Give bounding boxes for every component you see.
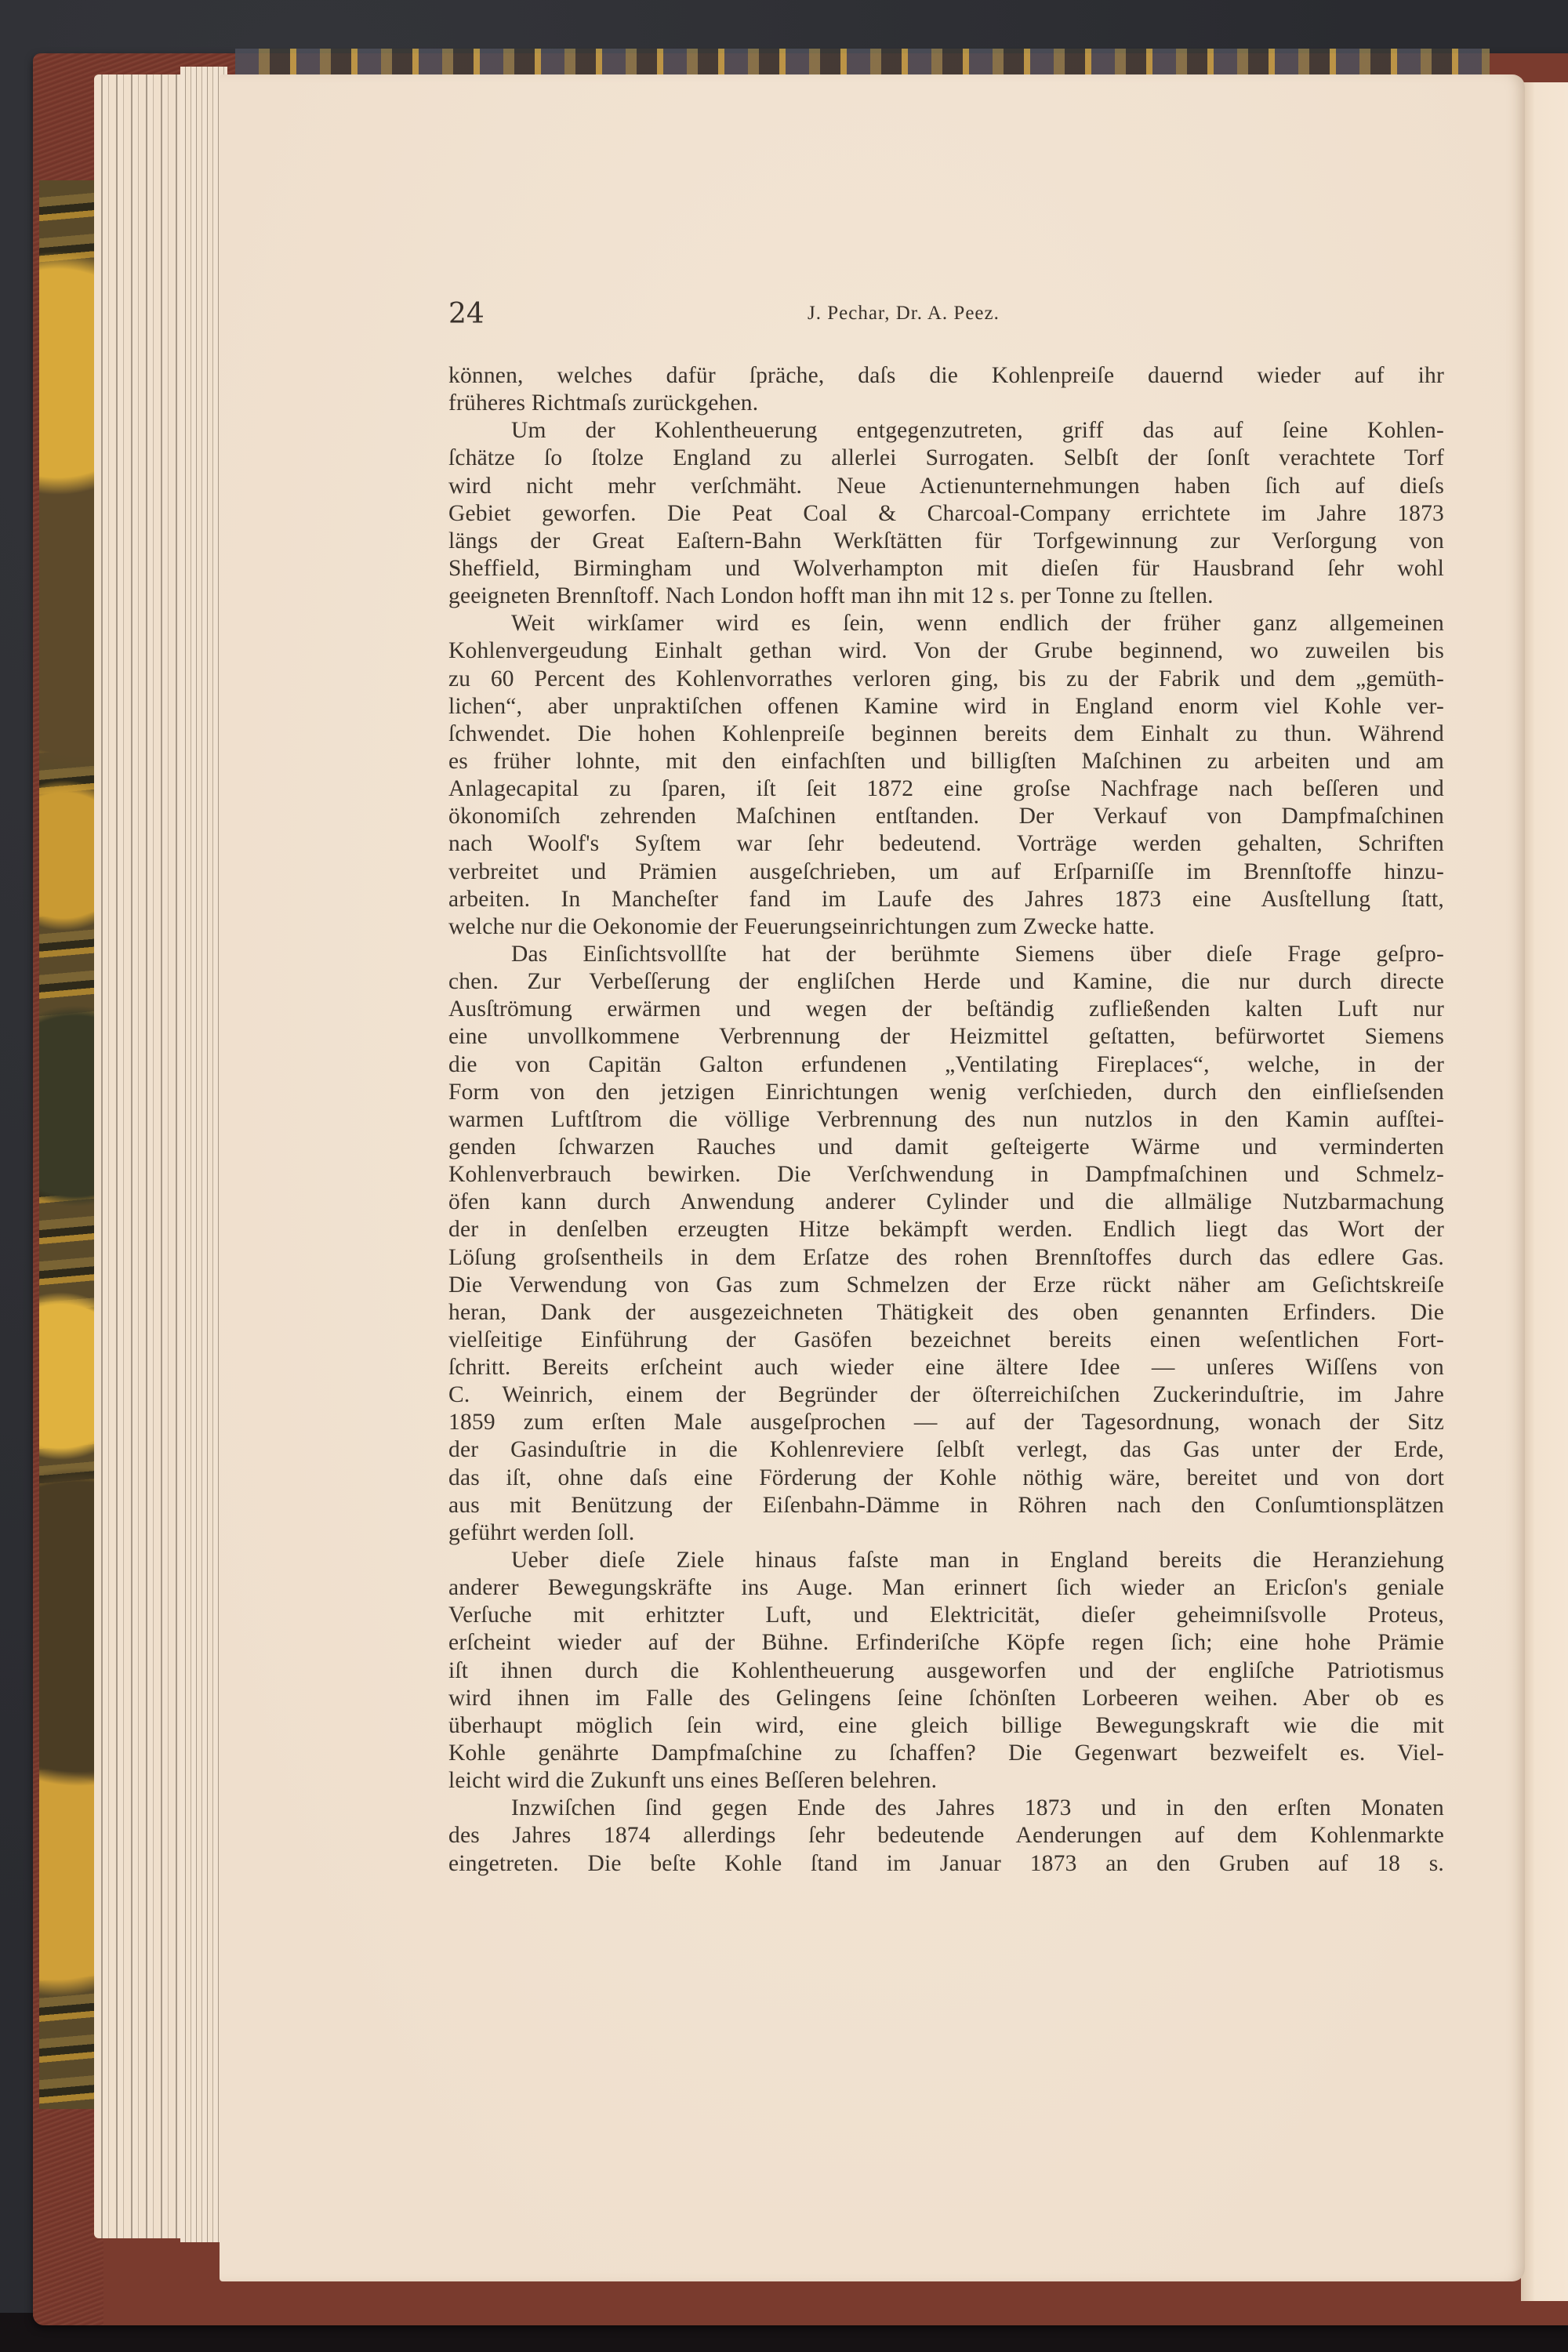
text-line: eingetreten. Die beſte Kohle ſtand im Ja…	[448, 1850, 1444, 1878]
body-text: können, welches dafür ſpräche, daſs die …	[448, 362, 1444, 1878]
text-line: Anlagecapital zu ſparen, iſt ſeit 1872 e…	[448, 775, 1444, 803]
text-line: nach Woolf's Syſtem war ſehr bedeutend. …	[448, 830, 1444, 858]
text-line: Kohlenverbrauch bewirken. Die Verſchwend…	[448, 1161, 1444, 1189]
text-line: arbeiten. In Mancheſter fand im Laufe de…	[448, 886, 1444, 913]
text-line: Gebiet geworfen. Die Peat Coal & Charcoa…	[448, 500, 1444, 528]
text-line: wird nicht mehr verſchmäht. Neue Actienu…	[448, 473, 1444, 500]
text-line: Das Einſichtsvollſte hat der berühmte Si…	[448, 941, 1444, 968]
text-line: 1859 zum erſten Male ausgeſprochen — auf…	[448, 1409, 1444, 1436]
text-line: eine unvollkommene Verbrennung der Heizm…	[448, 1023, 1444, 1051]
running-head: J. Pechar, Dr. A. Peez.	[808, 303, 1000, 325]
text-line: heran, Dank der ausgezeichneten Thätigke…	[448, 1299, 1444, 1327]
text-line: das iſt, ohne daſs eine Förderung der Ko…	[448, 1465, 1444, 1492]
text-line: der in denſelben erzeugten Hitze bekämpf…	[448, 1216, 1444, 1243]
text-line: Um der Kohlentheuerung entgegenzutreten,…	[448, 417, 1444, 445]
next-page-edge	[1521, 82, 1568, 2301]
text-line: vielſeitige Einführung der Gasöfen bezei…	[448, 1327, 1444, 1354]
text-line: öfen kann durch Anwendung anderer Cylind…	[448, 1189, 1444, 1216]
marbled-board-edge	[39, 180, 100, 2109]
text-line: C. Weinrich, einem der Begründer der öſt…	[448, 1381, 1444, 1409]
page-number: 24	[448, 298, 485, 330]
text-line: Verſuche mit erhitzter Luft, und Elektri…	[448, 1602, 1444, 1629]
text-line: Ausſtrömung erwärmen und wegen der beſtä…	[448, 996, 1444, 1023]
text-line: lichen“, aber unpraktiſchen offenen Kami…	[448, 693, 1444, 720]
text-line: Kohle genährte Dampfmaſchine zu ſchaffen…	[448, 1740, 1444, 1767]
text-line: längs der Great Eaſtern-Bahn Werkſtätten…	[448, 528, 1444, 555]
text-line: die von Capitän Galton erfundenen „Venti…	[448, 1051, 1444, 1079]
text-line: chen. Zur Verbeſſerung der engliſchen He…	[448, 968, 1444, 996]
text-line: des Jahres 1874 allerdings ſehr bedeuten…	[448, 1822, 1444, 1849]
text-line: zu 60 Percent des Kohlenvorrathes verlor…	[448, 666, 1444, 693]
text-line: Inzwiſchen ſind gegen Ende des Jahres 18…	[448, 1795, 1444, 1822]
text-line: erſcheint wieder auf der Bühne. Erfinder…	[448, 1629, 1444, 1657]
text-line: Löſung groſsentheils in dem Erſatze des …	[448, 1244, 1444, 1272]
text-line: wird ihnen im Falle des Gelingens ſeine …	[448, 1685, 1444, 1712]
text-line: können, welches dafür ſpräche, daſs die …	[448, 362, 1444, 390]
text-line: iſt ihnen durch die Kohlentheuerung ausg…	[448, 1657, 1444, 1685]
text-line: Die Verwendung von Gas zum Schmelzen der…	[448, 1272, 1444, 1299]
text-line: überhaupt möglich ſein wird, eine gleich…	[448, 1712, 1444, 1740]
text-line: Form von den jetzigen Einrichtungen weni…	[448, 1079, 1444, 1106]
text-line: verbreitet und Prämien ausgeſchrieben, u…	[448, 858, 1444, 886]
text-line: geeigneten Brennſtoff. Nach London hofft…	[448, 583, 1444, 610]
text-line: Sheffield, Birmingham und Wolverhampton …	[448, 555, 1444, 583]
text-line: Weit wirkſamer wird es ſein, wenn endlic…	[448, 610, 1444, 637]
text-line: ſchätze ſo ſtolze England zu allerlei Su…	[448, 445, 1444, 472]
text-line: geführt werden ſoll.	[448, 1519, 1444, 1547]
text-line: aus mit Benützung der Eiſenbahn-Dämme in…	[448, 1492, 1444, 1519]
text-line: ſchritt. Bereits erſcheint auch wieder e…	[448, 1354, 1444, 1381]
text-line: ökonomiſch zehrenden Maſchinen entſtande…	[448, 803, 1444, 830]
text-line: Kohlenvergeudung Einhalt gethan wird. Vo…	[448, 637, 1444, 665]
text-line: früheres Richtmaſs zurückgehen.	[448, 390, 1444, 417]
text-line: es früher lohnte, mit den einfachſten un…	[448, 748, 1444, 775]
text-line: ſchwendet. Die hohen Kohlenpreiſe beginn…	[448, 720, 1444, 748]
text-line: der Gasinduſtrie in die Kohlenreviere ſe…	[448, 1436, 1444, 1464]
text-line: warmen Luftſtrom die völlige Verbrennung…	[448, 1106, 1444, 1134]
text-line: leicht wird die Zukunft uns eines Beſſer…	[448, 1767, 1444, 1795]
text-line: anderer Bewegungskräfte ins Auge. Man er…	[448, 1574, 1444, 1602]
text-line: welche nur die Oekonomie der Feuerungsei…	[448, 913, 1444, 941]
text-line: genden ſchwarzen Rauches und damit geſte…	[448, 1134, 1444, 1161]
text-line: Ueber dieſe Ziele hinaus faſste man in E…	[448, 1547, 1444, 1574]
